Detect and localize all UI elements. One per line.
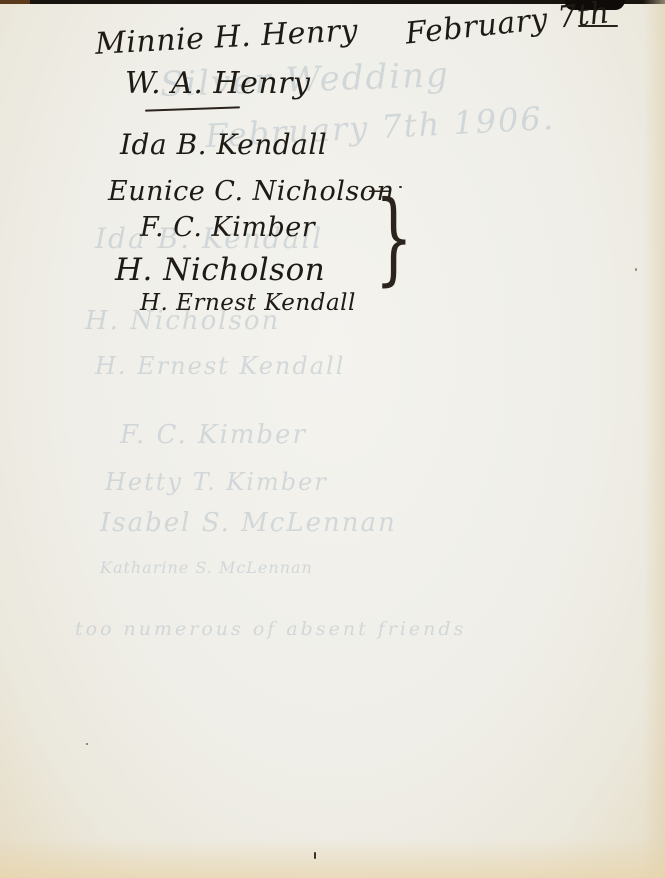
bleed-line: Hetty T. Kimber bbox=[105, 468, 328, 496]
signature: Minnie H. Henry bbox=[94, 13, 359, 62]
date-underline bbox=[578, 25, 618, 27]
bleed-line: too numerous of absent friends bbox=[75, 618, 466, 640]
signature-underline bbox=[145, 106, 240, 111]
page-bottom-edge-tint bbox=[0, 838, 665, 878]
signature: H. Ernest Kendall bbox=[140, 290, 356, 316]
bleed-line: Isabel S. McLennan bbox=[100, 508, 397, 538]
grouping-brace: } bbox=[375, 188, 413, 288]
paper-speck bbox=[314, 852, 316, 859]
signature: F. C. Kimber bbox=[140, 212, 315, 243]
signature: W. A. Henry bbox=[125, 66, 310, 101]
page-right-edge-tint bbox=[643, 0, 665, 878]
signature: H. Nicholson bbox=[115, 252, 325, 288]
bleed-line: F. C. Kimber bbox=[120, 420, 307, 450]
bleed-line: H. Ernest Kendall bbox=[95, 352, 345, 380]
paper-speck bbox=[399, 186, 402, 188]
paper-speck bbox=[86, 743, 88, 745]
document-page: Silver Wedding February 7th 1906. Ida B.… bbox=[0, 0, 665, 878]
signature: Ida B. Kendall bbox=[120, 128, 327, 161]
page-corner-shadow bbox=[0, 0, 30, 4]
bleed-line: Katharine S. McLennan bbox=[100, 558, 313, 577]
signature: Eunice C. Nicholson bbox=[108, 176, 394, 207]
paper-speck bbox=[635, 268, 637, 271]
